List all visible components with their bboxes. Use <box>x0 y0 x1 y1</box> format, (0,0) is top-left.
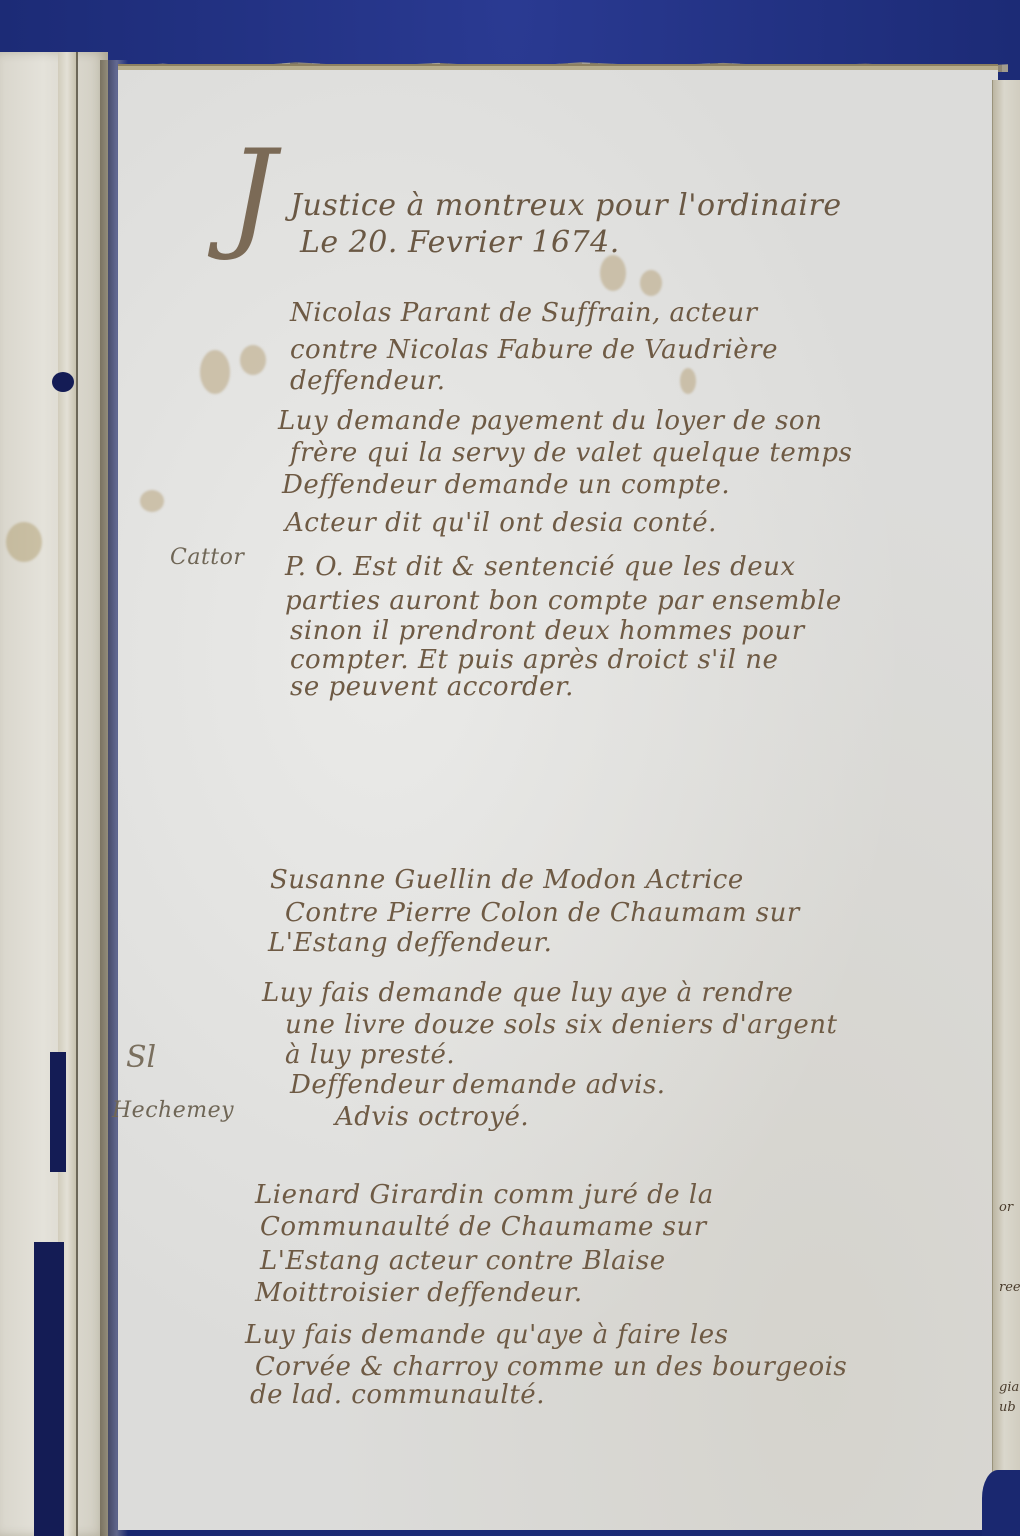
entry-1-line: frère qui la servy de valet quelque temp… <box>290 438 852 468</box>
right-page-leaf: or ree gia ub ye <box>992 80 1020 1520</box>
margin-signature-mark: Sl <box>126 1040 156 1075</box>
ink-stain <box>200 350 230 394</box>
manuscript-page <box>118 66 998 1530</box>
entry-1-line: Acteur dit qu'il ont desia conté. <box>285 508 717 538</box>
margin-note: Hechemey <box>112 1098 234 1123</box>
water-stain <box>6 522 42 562</box>
right-leaf-fragment: or <box>999 1200 1013 1215</box>
ink-stain <box>600 255 626 291</box>
entry-5-line: L'Estang acteur contre Blaise <box>260 1246 666 1276</box>
heading-line-1: Justice à montreux pour l'ordinaire <box>290 188 842 223</box>
entry-3-line: Contre Pierre Colon de Chaumam sur <box>285 898 800 928</box>
entry-2-line: parties auront bon compte par ensemble <box>285 586 842 616</box>
entry-1-line: contre Nicolas Fabure de Vaudrière <box>290 335 778 365</box>
entry-5-line: Moittroisier deffendeur. <box>255 1278 583 1308</box>
right-leaf-fragment: gia <box>999 1380 1019 1395</box>
entry-2-line: P. O. Est dit & sentencié que les deux <box>285 552 796 582</box>
decorative-initial-j: J <box>228 135 276 255</box>
entry-4-line: Deffendeur demande advis. <box>290 1070 666 1100</box>
entry-3-line: à luy presté. <box>285 1040 455 1070</box>
entry-5-line: Lienard Girardin comm juré de la <box>255 1180 714 1210</box>
entry-3-line: une livre douze sols six deniers d'argen… <box>285 1010 837 1040</box>
entry-1-line: Nicolas Parant de Suffrain, acteur <box>290 298 758 328</box>
torn-corner <box>982 1470 1020 1536</box>
binding-hole <box>52 372 74 392</box>
ink-stain <box>140 490 164 512</box>
entry-5-line: Corvée & charroy comme un des bourgeois <box>255 1352 847 1382</box>
entry-5-line: Luy fais demande qu'aye à faire les <box>245 1320 728 1350</box>
entry-2-line: compter. Et puis après droict s'il ne <box>290 645 778 675</box>
right-leaf-fragment: ub <box>999 1400 1016 1415</box>
entry-1-line: deffendeur. <box>290 366 446 396</box>
entry-3-line: L'Estang deffendeur. <box>268 928 552 958</box>
entry-2-line: sinon il prendront deux hommes pour <box>290 616 805 646</box>
entry-1-line: Luy demande payement du loyer de son <box>278 406 822 436</box>
ink-stain <box>240 345 266 375</box>
left-page-leaf <box>0 52 108 1536</box>
margin-note: Cattor <box>170 545 244 570</box>
torn-gap <box>34 1242 64 1536</box>
entry-2-line: se peuvent accorder. <box>290 672 574 702</box>
entry-5-line: de lad. communaulté. <box>250 1380 545 1410</box>
entry-5-line: Communaulté de Chaumame sur <box>260 1212 707 1242</box>
heading-line-2: Le 20. Fevrier 1674. <box>300 225 620 260</box>
right-leaf-fragment: ree <box>999 1280 1020 1295</box>
entry-1-line: Deffendeur demande un compte. <box>282 470 730 500</box>
entry-3-line: Luy fais demande que luy aye à rendre <box>262 978 793 1008</box>
torn-gap <box>50 1052 66 1172</box>
ink-stain <box>680 368 696 394</box>
entry-3-line: Susanne Guellin de Modon Actrice <box>270 865 744 895</box>
entry-4-line: Advis octroyé. <box>335 1102 529 1132</box>
ink-stain <box>640 270 662 296</box>
